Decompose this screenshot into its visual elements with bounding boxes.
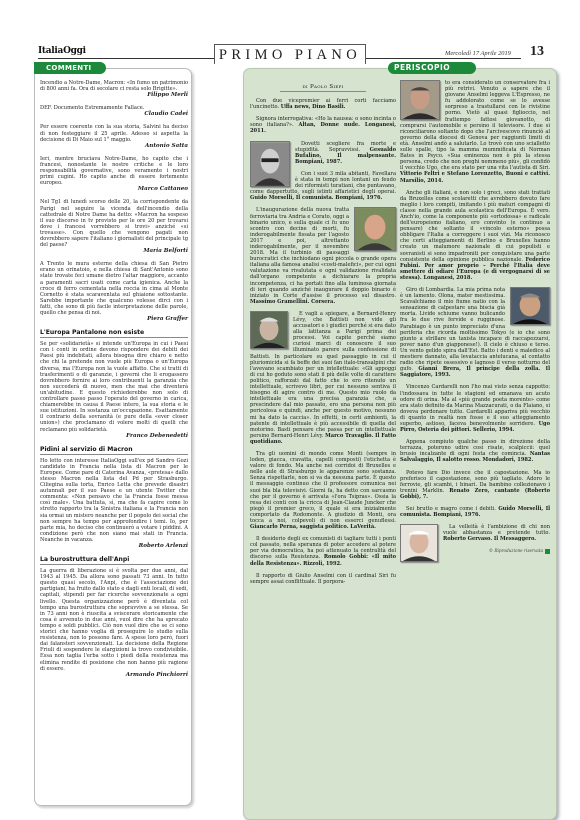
comment-text: Incendio a Notre-Dame, Macron: «In fumo … — [40, 80, 188, 92]
comment-text: Nel Tg1 di lunedì scorso delle 20, la co… — [40, 199, 188, 248]
quote-item: Con due vicepremier ai ferri corti facci… — [250, 98, 396, 110]
portrait-photo-icon — [250, 141, 290, 187]
comment-author: Antonio Satta — [40, 143, 188, 149]
quote-item: Signora interrogativa: «Ho la nausea: o … — [250, 116, 396, 134]
comment-author: Maria Belforti — [40, 248, 188, 254]
end-square-icon — [545, 549, 550, 554]
portrait-photo-icon — [400, 524, 438, 562]
quote-item: La velleità è l'ambizione di chi non vuo… — [400, 524, 550, 542]
section-text: Ho letto con interesse ItaliaOggi sull'e… — [40, 458, 188, 543]
portrait-photo-icon — [354, 207, 396, 251]
comment-author: Filippo Merli — [40, 92, 188, 98]
quote-item: Potevo fare Dio invece che il capostazio… — [400, 470, 550, 500]
header-rule-right — [366, 58, 521, 59]
quote-item: Sei brutto e magro come i debiti. Guido … — [400, 506, 550, 518]
byline: di Paolo Siepi — [280, 84, 366, 92]
portrait-photo-icon — [400, 80, 440, 120]
comment-text: A Trento le mura esterne della chiesa di… — [40, 261, 188, 316]
quote-item: Anche gli italiani, e non solo i greci, … — [400, 190, 550, 281]
issue-date: Mercoledì 17 Aprile 2019 — [445, 50, 511, 57]
quote-item: E vagli a spiegare, a Bernard-Henry Lévy… — [250, 311, 396, 445]
periscopio-right-column: to era considerato un conservatore fra i… — [400, 80, 550, 564]
section-heading: La burostruttura dell'Anpi — [40, 556, 188, 565]
periscopio-label: PERISCOPIO — [388, 62, 476, 74]
quote-item: L'inaugurazione della nuova tratta ferro… — [250, 207, 396, 305]
quote-item: Appena compiuto qualche passo in direzio… — [400, 439, 550, 463]
newspaper-logo: ItaliaOggi — [38, 46, 86, 56]
comment-author: Marco Cattaneo — [40, 186, 188, 192]
section-title: PRIMO PIANO — [214, 44, 366, 64]
header-rule-left — [38, 58, 214, 59]
comment-text: Per essere coerente con la sua storia, S… — [40, 124, 188, 142]
quote-item: Vincenzo Cardarelli non l'ho mai visto s… — [400, 384, 550, 433]
comment-text: Ieri, mentre bruciava Notre-Dame, ho cap… — [40, 156, 188, 186]
commenti-column: Incendio a Notre-Dame, Macron: «In fumo … — [40, 80, 188, 685]
portrait-photo-icon — [510, 287, 550, 325]
comment-author: Claudio Cadei — [40, 111, 188, 117]
quote-item: to era considerato un conservatore fra i… — [400, 80, 550, 184]
masthead: ItaliaOggi PRIMO PIANO Mercoledì 17 Apri… — [0, 0, 580, 60]
section-heading: Pidini al servizio di Macron — [40, 446, 188, 455]
quote-item: Dovetti scegliere fra morte e stupidità.… — [250, 141, 396, 165]
section-text: Se per «solidarietà» si intende un'Europ… — [40, 341, 188, 432]
section-author: Franco Debenedetti — [40, 433, 188, 439]
section-heading: L'Europa Pantalone non esiste — [40, 329, 188, 338]
quote-item: Il desiderio degli ex comunisti di tagli… — [250, 536, 396, 566]
page-number: 13 — [530, 44, 544, 60]
section-author: Armando Pinchiorri — [40, 672, 188, 678]
commenti-label: COMMENTI — [34, 62, 106, 74]
quote-item: Il rapporto di Giulio Anselmi con il car… — [250, 573, 396, 585]
section-author: Roberto Arlenzi — [40, 543, 188, 549]
quote-item: Giro di Lombardia. La mia prima nota è u… — [400, 287, 550, 378]
portrait-photo-icon — [250, 311, 288, 349]
section-text: La guerra di liberazione si è svolta per… — [40, 568, 188, 672]
comment-author: Piera Graffer — [40, 316, 188, 322]
periscopio-left-column: di Paolo Siepi Con due vicepremier ai fe… — [250, 80, 396, 591]
quote-item: Tra gli uomini di mondo come Monti (semp… — [250, 451, 396, 530]
